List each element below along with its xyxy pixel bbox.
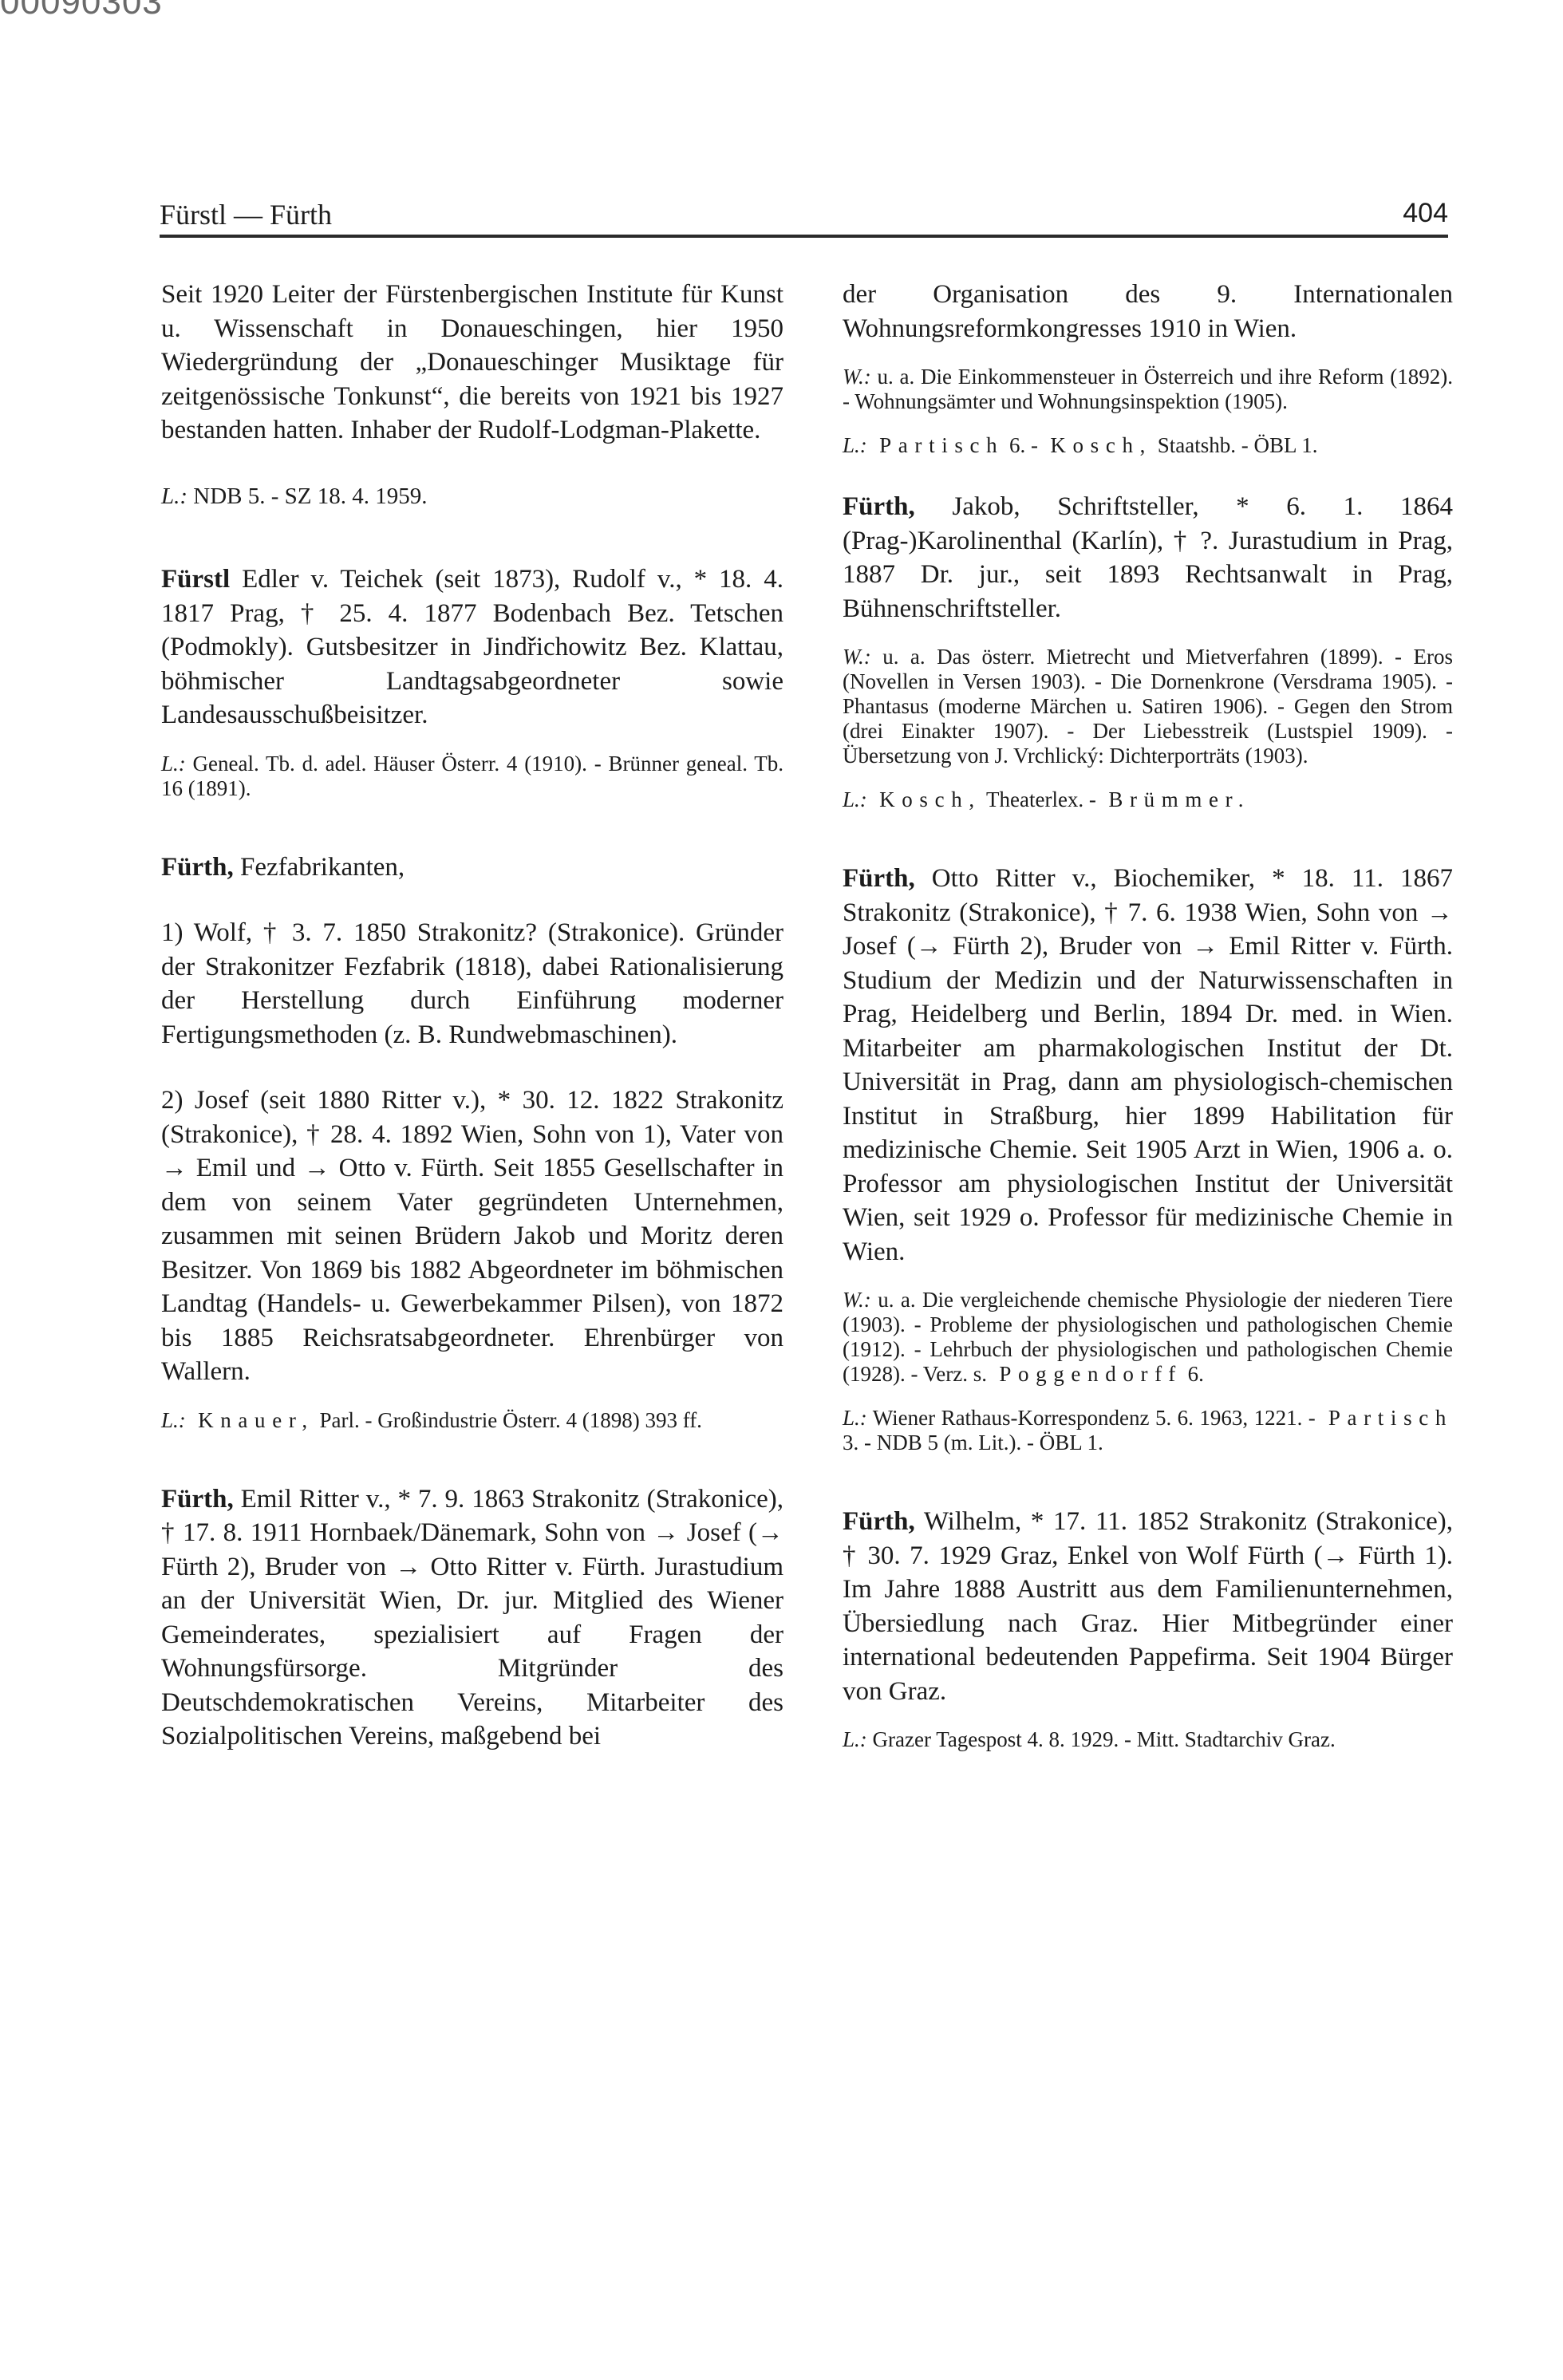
- headword: Fürth,: [161, 853, 234, 882]
- running-title: Fürstl — Fürth: [160, 198, 332, 231]
- headword: Fürstl: [161, 565, 230, 594]
- entry-fuerth-jakob: Fürth, Jakob, Schriftsteller, * 6. 1. 18…: [843, 490, 1453, 812]
- lit-text: Grazer Tagespost 4. 8. 1929. - Mitt. Sta…: [867, 1727, 1336, 1751]
- works-text: u. a. Die Einkommensteuer in Österreich …: [843, 365, 1453, 413]
- works-label: W.:: [843, 365, 871, 389]
- lit-text: 6. -: [1004, 433, 1038, 457]
- running-header: Fürstl — Fürth 404: [160, 198, 1448, 238]
- entry-fuerstl-edler: Fürstl Edler v. Teichek (seit 1873), Rud…: [161, 562, 783, 801]
- page-number: 404: [1403, 198, 1448, 229]
- lit-label: L.:: [161, 483, 187, 509]
- lit-text: Wiener Rathaus-Korrespondenz 5. 6. 1963,…: [867, 1406, 1316, 1430]
- entry-body: Jakob, Schriftsteller, * 6. 1. 1864 (Pra…: [843, 492, 1453, 623]
- headword: Fürth,: [843, 864, 915, 893]
- literature: L.: NDB 5. - SZ 18. 4. 1959.: [161, 480, 783, 514]
- entry-body: Fezfabrikanten,: [234, 853, 405, 882]
- works-text: u. a. Das österr. Mietrecht und Mietverf…: [843, 645, 1453, 768]
- right-column: der Organisation des 9. Internationalen …: [843, 278, 1453, 1752]
- lit-label: L.:: [161, 752, 186, 776]
- entry-fuerth-fezfabrikanten: Fürth, Fezfabrikanten, 1) Wolf, † 3. 7. …: [161, 851, 783, 1433]
- lit-author: Kosch,: [1038, 433, 1152, 457]
- lit-label: L.:: [843, 787, 867, 811]
- literature: L.: Geneal. Tb. d. adel. Häuser Österr. …: [161, 752, 783, 801]
- lit-text: 3. - NDB 5 (m. Lit.). - ÖBL 1.: [843, 1431, 1103, 1454]
- entry-continuation: Seit 1920 Leiter der Fürstenbergischen I…: [161, 278, 783, 513]
- literature: L.: Partisch 6. - Kosch, Staatshb. - ÖBL…: [843, 433, 1453, 458]
- headword: Fürth,: [161, 1485, 234, 1514]
- lit-text: Theaterlex. -: [981, 787, 1096, 811]
- sub-entry-josef: 2) Josef (seit 1880 Ritter v.), * 30. 12…: [161, 1083, 783, 1389]
- lit-text: NDB 5. - SZ 18. 4. 1959.: [187, 483, 427, 509]
- lit-text: Geneal. Tb. d. adel. Häuser Österr. 4 (1…: [161, 752, 783, 800]
- entry-body: Edler v. Teichek (seit 1873), Rudolf v.,…: [161, 565, 783, 729]
- lit-author: Partisch: [1316, 1406, 1453, 1430]
- works: W.: u. a. Die vergleichende chemische Ph…: [843, 1288, 1453, 1387]
- lit-author: Kosch,: [867, 787, 981, 811]
- entry-text: Fürth, Emil Ritter v., * 7. 9. 1863 Stra…: [161, 1482, 783, 1754]
- works-author: Poggendorff: [987, 1362, 1182, 1386]
- literature: L.: Knauer, Parl. - Großindustrie Österr…: [161, 1408, 783, 1433]
- entry-body: Wilhelm, * 17. 11. 1852 Strakonitz (Stra…: [843, 1507, 1453, 1706]
- entry-fuerth-emil: Fürth, Emil Ritter v., * 7. 9. 1863 Stra…: [161, 1482, 783, 1754]
- works: W.: u. a. Das österr. Mietrecht und Miet…: [843, 645, 1453, 768]
- left-column: Seit 1920 Leiter der Fürstenbergischen I…: [161, 278, 783, 1754]
- entry-fuerth-wilhelm: Fürth, Wilhelm, * 17. 11. 1852 Strakonit…: [843, 1505, 1453, 1752]
- literature: L.: Wiener Rathaus-Korrespondenz 5. 6. 1…: [843, 1406, 1453, 1455]
- entry-body: Otto Ritter v., Biochemiker, * 18. 11. 1…: [843, 864, 1453, 1266]
- entry-text: Fürth, Wilhelm, * 17. 11. 1852 Strakonit…: [843, 1505, 1453, 1708]
- literature: L.: Grazer Tagespost 4. 8. 1929. - Mitt.…: [843, 1727, 1453, 1752]
- headword: Fürth,: [843, 1507, 915, 1536]
- entry-text: Fürth, Jakob, Schriftsteller, * 6. 1. 18…: [843, 490, 1453, 626]
- lit-label: L.:: [843, 1406, 867, 1430]
- lit-label: L.:: [843, 1727, 867, 1751]
- lit-label: L.:: [843, 433, 867, 457]
- lit-label: L.:: [161, 1408, 186, 1432]
- lit-text: Staatshb. - ÖBL 1.: [1152, 433, 1317, 457]
- lit-author: Knauer,: [186, 1408, 314, 1432]
- entry-text: Fürth, Otto Ritter v., Biochemiker, * 18…: [843, 862, 1453, 1269]
- lit-text: Parl. - Großindustrie Österr. 4 (1898) 3…: [314, 1408, 702, 1432]
- header-rule: [160, 235, 1448, 238]
- entry-heading: Fürth, Fezfabrikanten,: [161, 851, 783, 885]
- entry-text: der Organisation des 9. Internationalen …: [843, 278, 1453, 345]
- lit-author: Partisch: [867, 433, 1005, 457]
- works-label: W.:: [843, 1288, 871, 1312]
- scan-id: 00090303: [0, 0, 163, 22]
- literature: L.: Kosch, Theaterlex. - Brümmer.: [843, 787, 1453, 812]
- works: W.: u. a. Die Einkommensteuer in Österre…: [843, 365, 1453, 414]
- entry-text: Seit 1920 Leiter der Fürstenbergischen I…: [161, 278, 783, 448]
- entry-fuerth-otto: Fürth, Otto Ritter v., Biochemiker, * 18…: [843, 862, 1453, 1455]
- works-label: W.:: [843, 645, 871, 669]
- works-text: 6.: [1182, 1362, 1204, 1386]
- sub-entry-wolf: 1) Wolf, † 3. 7. 1850 Strakonitz? (Strak…: [161, 916, 783, 1052]
- lit-author: Brümmer.: [1096, 787, 1250, 811]
- entry-text: Fürstl Edler v. Teichek (seit 1873), Rud…: [161, 562, 783, 732]
- headword: Fürth,: [843, 492, 915, 521]
- entry-continuation: der Organisation des 9. Internationalen …: [843, 278, 1453, 458]
- entry-body: Emil Ritter v., * 7. 9. 1863 Strakonitz …: [161, 1485, 783, 1751]
